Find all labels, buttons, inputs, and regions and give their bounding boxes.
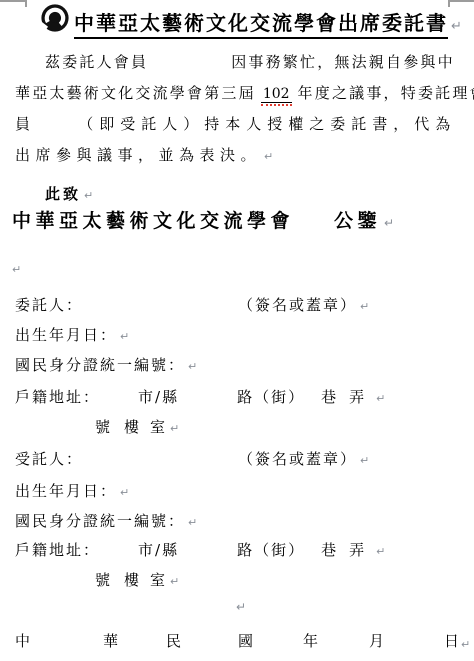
agent-name-line: 受託人：（簽名或蓋章）↵	[15, 452, 371, 467]
body-line-3: 員（即受託人）持本人授權之委託書，代為	[15, 117, 456, 132]
paragraph-mark-icon: ↵	[120, 330, 131, 343]
paragraph-mark-icon: ↵	[188, 516, 199, 529]
field-label: 國民身分證統一編號：	[15, 356, 185, 374]
paragraph-mark-icon: ↵	[120, 486, 131, 499]
address-unit: 樓	[124, 571, 141, 589]
agent-signature-field[interactable]	[83, 452, 238, 467]
agent-dob-line: 出生年月日：↵	[15, 484, 131, 499]
field-label: 受託人：	[15, 450, 83, 468]
blank-address-field[interactable]	[112, 573, 124, 588]
blank-address-field[interactable]	[100, 390, 138, 405]
address-unit: 號	[95, 571, 112, 589]
organization-suffix: 公鑒	[334, 210, 381, 232]
body-text: 員	[15, 115, 32, 133]
address-unit: 號	[95, 418, 112, 436]
association-logo-icon	[40, 3, 70, 33]
principal-address-line-2: 號樓室↵	[95, 420, 181, 435]
address-unit: 樓	[124, 418, 141, 436]
blank-address-field[interactable]	[141, 573, 150, 588]
page-title: 中華亞太藝術文化交流學會出席委託書	[74, 11, 448, 39]
date-char: 年	[303, 630, 318, 651]
agent-id-line: 國民身分證統一編號：↵	[15, 514, 199, 529]
blank-address-field[interactable]	[305, 543, 321, 558]
paragraph-mark-icon: ↵	[188, 360, 199, 373]
sign-hint: （簽名或蓋章）	[238, 296, 357, 314]
blank-address-field[interactable]	[338, 543, 349, 558]
body-line-2: 華亞太藝術文化交流學會第三屆102年度之議事，特委託理會	[15, 86, 474, 102]
address-unit: 市/縣	[138, 541, 179, 559]
principal-dob-line: 出生年月日：↵	[15, 328, 131, 343]
principal-name-line: 委託人：（簽名或蓋章）↵	[15, 298, 371, 313]
paragraph-mark-icon: ↵	[360, 454, 371, 467]
crop-mark-top-right-icon	[448, 0, 474, 7]
paragraph-mark-icon: ↵	[451, 19, 462, 34]
blank-address-field[interactable]	[141, 420, 150, 435]
address-unit: 巷	[321, 541, 338, 559]
paragraph-mark-icon: ↵	[384, 216, 394, 230]
body-line-1: 茲委託人會員因事務繁忙，無法親自參與中	[45, 55, 455, 70]
paragraph-mark-icon: ↵	[12, 263, 21, 276]
body-text: 因事務繁忙，無法親自參與中	[231, 53, 455, 71]
address-unit: 路（街）	[237, 541, 305, 559]
organization-line: 中華亞太藝術文化交流學會公鑒↵	[12, 212, 394, 231]
body-text: 茲委託人會員	[45, 53, 148, 71]
blank-address-field[interactable]	[338, 390, 349, 405]
date-char: 月	[369, 630, 384, 651]
paragraph-mark-icon: ↵	[84, 189, 93, 202]
field-label: 出生年月日：	[15, 326, 117, 344]
field-label: 國民身分證統一編號：	[15, 512, 185, 530]
agent-address-line: 戶籍地址：市/縣路（街）巷弄↵	[15, 543, 387, 558]
paragraph-mark-icon: ↵	[360, 300, 371, 313]
paragraph-mark-icon: ↵	[461, 638, 470, 651]
body-text: 年度之議事，特委託理會	[298, 84, 474, 102]
date-char: 日	[444, 630, 459, 651]
principal-signature-field[interactable]	[83, 298, 238, 313]
principal-id-line: 國民身分證統一編號：↵	[15, 358, 199, 373]
address-unit: 市/縣	[138, 388, 179, 406]
field-label: 出生年月日：	[15, 482, 117, 500]
address-unit: 路（街）	[237, 388, 305, 406]
paragraph-mark-icon: ↵	[170, 422, 181, 435]
empty-paragraph: ↵	[12, 260, 21, 276]
word-document-page: 中華亞太藝術文化交流學會出席委託書↵ 茲委託人會員因事務繁忙，無法親自參與中 華…	[0, 0, 474, 661]
principal-address-line: 戶籍地址：市/縣路（街）巷弄↵	[15, 390, 387, 405]
salute-text: 此致	[45, 185, 81, 203]
paragraph-mark-icon: ↵	[264, 150, 275, 163]
date-char: 中	[15, 630, 30, 651]
body-text: 華亞太藝術文化交流學會第三屆	[15, 84, 256, 102]
empty-paragraph-center: ↵	[236, 598, 246, 614]
paragraph-mark-icon: ↵	[170, 575, 181, 588]
date-char: 國	[238, 630, 253, 651]
body-text: （即受託人）持本人授權之委託書，代為	[78, 115, 456, 133]
paragraph-mark-icon: ↵	[236, 600, 246, 614]
crop-mark-top-left-icon	[0, 0, 27, 7]
body-line-4: 出席參與議事，並為表決。↵	[15, 148, 275, 163]
blank-address-field[interactable]	[179, 390, 237, 405]
field-label: 委託人：	[15, 296, 83, 314]
blank-address-field[interactable]	[100, 543, 138, 558]
date-char: 民	[166, 630, 181, 651]
salute-line: 此致↵	[45, 186, 93, 202]
agent-address-line-2: 號樓室↵	[95, 573, 181, 588]
blank-address-field[interactable]	[112, 420, 124, 435]
paragraph-mark-icon: ↵	[376, 545, 387, 558]
document-title-row: 中華亞太藝術文化交流學會出席委託書↵	[74, 13, 462, 33]
address-unit: 巷	[321, 388, 338, 406]
blank-principal-name-field[interactable]	[148, 55, 231, 70]
sign-hint: （簽名或蓋章）	[238, 450, 357, 468]
field-label: 戶籍地址：	[15, 541, 100, 559]
address-unit: 室	[150, 418, 167, 436]
blank-address-field[interactable]	[305, 390, 321, 405]
address-unit: 室	[150, 571, 167, 589]
blank-address-field[interactable]	[179, 543, 237, 558]
address-unit: 弄	[349, 388, 366, 406]
blank-agent-name-field[interactable]	[32, 117, 78, 132]
paragraph-mark-icon: ↵	[376, 392, 387, 405]
field-label: 戶籍地址：	[15, 388, 100, 406]
body-text: 出席參與議事，並為表決。	[15, 146, 261, 164]
organization-name: 中華亞太藝術文化交流學會	[12, 210, 294, 232]
year-number: 102	[261, 86, 292, 103]
address-unit: 弄	[349, 541, 366, 559]
date-char: 華	[103, 630, 118, 651]
